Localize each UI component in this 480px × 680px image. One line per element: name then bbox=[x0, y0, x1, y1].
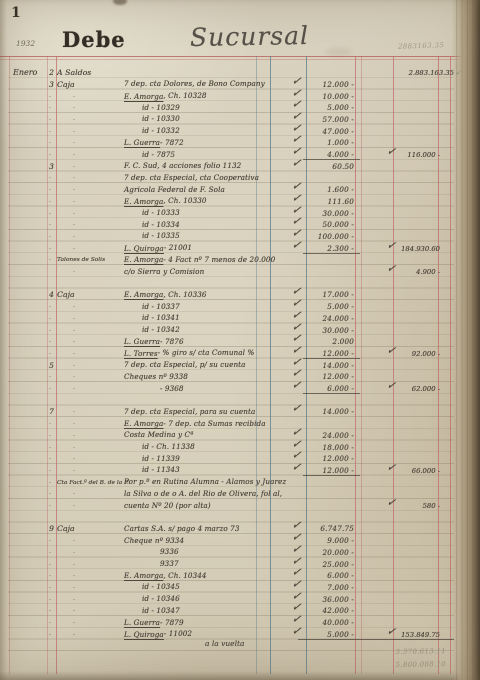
entry-description: E. Amorga - 4 Fact nº 7 menos de 20.000 bbox=[124, 255, 163, 264]
entry-description: L. Quiroga - 21001 bbox=[124, 244, 164, 253]
ditto-mark: · bbox=[49, 175, 51, 182]
entry-text: Cheque nº 9334 bbox=[124, 536, 184, 545]
account-title: Cta Fact.º del B. de la P. bbox=[57, 480, 129, 486]
carry-forward-note: a la vuelta bbox=[205, 639, 245, 648]
ditto-mark: · bbox=[73, 597, 75, 604]
ditto-mark: · bbox=[73, 211, 75, 218]
entry-description: L. Torres - % giro s/ cta Comunal % bbox=[124, 349, 158, 358]
ditto-mark: · bbox=[73, 620, 75, 627]
ditto-mark: · bbox=[49, 550, 51, 557]
ledger-row: ··id - 10346✓36.000 - bbox=[0, 593, 480, 605]
amount-value: 24.000 - bbox=[300, 314, 354, 323]
ditto-mark: · bbox=[73, 117, 75, 124]
entry-text: - 11002 bbox=[164, 629, 192, 638]
ledger-row: ··id - 7875✓4.000 -✓116.000 - bbox=[0, 148, 480, 160]
amount-value: 12.000 - bbox=[300, 454, 354, 463]
ledger-row: ··E. Amorga, Ch. 10330✓111.60 bbox=[0, 195, 480, 207]
ditto-mark: · bbox=[73, 222, 75, 229]
ditto-mark: · bbox=[49, 211, 51, 218]
ditto-mark: · bbox=[73, 94, 75, 101]
ditto-mark: · bbox=[73, 164, 75, 171]
entry-text: Costa Medina y Cª bbox=[124, 430, 194, 439]
entry-text: id - 10329 bbox=[142, 103, 180, 112]
ledger-row: ··id - 10329✓5.000 - bbox=[0, 101, 480, 113]
ledger-row: ··id - 10345✓7.000 - bbox=[0, 581, 480, 593]
entry-name: L. Torres bbox=[124, 349, 158, 358]
amount-value: 6.000 - bbox=[300, 571, 354, 580]
entry-name: E. Amorga bbox=[124, 92, 163, 101]
entry-name: L. Quiroga bbox=[124, 630, 164, 639]
total-value: 66.000 - bbox=[394, 467, 440, 475]
amount-value: 20.000 - bbox=[300, 548, 354, 557]
day-number: 7 bbox=[45, 407, 58, 416]
ditto-mark: · bbox=[73, 234, 75, 241]
ink-stain bbox=[113, 0, 127, 5]
entry-text: , Ch. 10344 bbox=[163, 571, 206, 580]
amount-value: 14.000 - bbox=[300, 361, 354, 370]
ledger-row: ··- 9368✓6.000 -✓62.000 - bbox=[0, 382, 480, 394]
ledger-row: ··7 dep. cta Especial, cta Cooperativa bbox=[0, 171, 480, 183]
total-value: 116.000 - bbox=[394, 151, 440, 159]
entry-description: E. Amorga, Ch. 10344 bbox=[124, 571, 163, 580]
ditto-mark: · bbox=[73, 316, 75, 323]
year-label: 1932 bbox=[16, 39, 35, 48]
amount-value: 36.000 - bbox=[300, 595, 354, 604]
amount-value: 111.60 bbox=[300, 197, 354, 206]
total-value: 184.930.60 bbox=[394, 245, 440, 253]
ledger-row: ··id - 11343✓12.000 -✓66.000 - bbox=[0, 464, 480, 476]
amount-value: 12.000 - bbox=[300, 466, 354, 475]
ditto-mark: · bbox=[49, 632, 51, 639]
ledger-row: ··la Silva o de o A. del Rio de Olivera,… bbox=[0, 487, 480, 499]
entry-text: 7 dep. cta Especial, p/ su cuenta bbox=[124, 360, 246, 369]
entry-text: 9337 bbox=[160, 559, 179, 568]
amount-value: 18.000 - bbox=[300, 443, 354, 452]
ledger-row: ··Cheque nº 9334✓9.000 - bbox=[0, 534, 480, 546]
entry-text: Agricola Federal de F. Sola bbox=[124, 185, 225, 194]
ledger-row: 4CajaE. Amorga, Ch. 10336✓17.000 - bbox=[0, 288, 480, 300]
ledger-row bbox=[0, 394, 480, 406]
header-rule-line-2 bbox=[0, 59, 474, 60]
page-title: Sucursal bbox=[190, 21, 310, 52]
amount-value: 5.000 - bbox=[300, 103, 354, 112]
entry-name: E. Amorga bbox=[124, 419, 163, 428]
ledger-row: ··id - 10330✓57.000 - bbox=[0, 113, 480, 125]
ditto-mark: · bbox=[49, 538, 51, 545]
ditto-mark: · bbox=[49, 105, 51, 112]
entry-text: - 7872 bbox=[160, 138, 184, 147]
amount-value: 40.000 - bbox=[300, 618, 354, 627]
ledger-row: 9CajaCartas S.A. s/ pago 4 marzo 73✓6.74… bbox=[0, 522, 480, 534]
entry-text: id - 7875 bbox=[142, 150, 175, 159]
ditto-mark: · bbox=[73, 246, 75, 253]
total-value: 153.849.75 bbox=[394, 631, 440, 639]
entry-text: id - 10332 bbox=[142, 126, 180, 135]
entry-text: Cartas S.A. s/ pago 4 marzo 73 bbox=[124, 524, 240, 533]
ditto-mark: · bbox=[49, 199, 51, 206]
ledger-row: ··id - Ch. 11338✓18.000 - bbox=[0, 440, 480, 452]
ledger-row: ··Agricola Federal de F. Sola✓1.600 - bbox=[0, 183, 480, 195]
ditto-mark: · bbox=[49, 117, 51, 124]
entry-text: 9336 bbox=[160, 547, 179, 556]
entry-name: E. Amorga bbox=[124, 290, 163, 299]
ditto-mark: · bbox=[49, 222, 51, 229]
ledger-row: ··L. Guerra - 7876✓2.000 bbox=[0, 335, 480, 347]
amount-value: 12.000 - bbox=[300, 349, 354, 358]
ledger-row: ··id - 10334✓50.000 - bbox=[0, 218, 480, 230]
ditto-mark: · bbox=[49, 620, 51, 627]
ditto-mark: · bbox=[49, 608, 51, 615]
amount-value: 12.000 - bbox=[300, 372, 354, 381]
entry-text: id - 10334 bbox=[142, 220, 180, 229]
ledger-row: ··id - 10333✓30.000 - bbox=[0, 206, 480, 218]
ditto-mark: · bbox=[73, 421, 75, 428]
entry-text: id - 10337 bbox=[142, 302, 180, 311]
ditto-mark: · bbox=[73, 129, 75, 136]
ditto-mark: · bbox=[73, 433, 75, 440]
green-tick-icon: ✓ bbox=[455, 68, 462, 77]
entry-text: - 7879 bbox=[160, 618, 184, 627]
ditto-mark: · bbox=[49, 339, 51, 346]
pencil-carryover-note: 2883163.35 bbox=[398, 41, 445, 51]
ditto-mark: · bbox=[73, 199, 75, 206]
amount-value: 25.000 - bbox=[300, 560, 354, 569]
ledger-row: ··L. Quiroga - 11002✓5.000 -✓153.849.75 bbox=[0, 628, 480, 640]
ditto-mark: · bbox=[73, 632, 75, 639]
ditto-mark: · bbox=[49, 456, 51, 463]
entry-description: E. Amorga, Ch. 10336 bbox=[124, 290, 163, 299]
ledger-row: 7·7 dep. cta Especial, para su cuenta✓14… bbox=[0, 405, 480, 417]
ledger-row: ··E. Amorga, Ch. 10328✓10.000 - bbox=[0, 89, 480, 101]
ditto-mark: · bbox=[73, 175, 75, 182]
ditto-mark: · bbox=[73, 445, 75, 452]
entry-name: E. Amorga bbox=[124, 197, 163, 206]
entry-text: la Silva o de o A. del Rio de Olivera, f… bbox=[124, 489, 282, 498]
ditto-mark: · bbox=[49, 140, 51, 147]
amount-value: 30.000 - bbox=[300, 326, 354, 335]
header-rule-line bbox=[0, 56, 474, 57]
total-value: 2.883.163.35 bbox=[400, 69, 454, 77]
ditto-mark: · bbox=[73, 187, 75, 194]
ledger-row: ··E. Amorga, Ch. 10344✓6.000 - bbox=[0, 569, 480, 581]
amount-value: 47.000 - bbox=[300, 127, 354, 136]
entry-description: E. Amorga, Ch. 10328 bbox=[124, 92, 163, 101]
entry-text: Por p.º en Rutina Alumna - Alamos y Juar… bbox=[124, 477, 286, 486]
entry-text: F. C. Sud, 4 acciones folio 1132 bbox=[124, 161, 241, 170]
ditto-mark: · bbox=[73, 339, 75, 346]
ditto-mark: · bbox=[73, 152, 75, 159]
amount-value: 1.600 - bbox=[300, 185, 354, 194]
ditto-mark: · bbox=[49, 386, 51, 393]
ledger-row: ··L. Guerra - 7872✓1.000 - bbox=[0, 136, 480, 148]
ditto-mark: · bbox=[73, 304, 75, 311]
entry-text: cuenta Nº 20 (por alta) bbox=[124, 501, 211, 510]
ditto-mark: · bbox=[49, 585, 51, 592]
entry-text: 7 dep. cta Dolores, de Bono Company bbox=[124, 79, 265, 88]
page-edge-bottom bbox=[0, 671, 480, 680]
amount-value: 100.000 - bbox=[300, 232, 354, 241]
pencil-total-1: 3.370.613.11 bbox=[352, 647, 446, 657]
ditto-mark: · bbox=[49, 234, 51, 241]
ditto-mark: · bbox=[49, 94, 51, 101]
account-title: Caja bbox=[57, 290, 75, 299]
entry-text: - 4 Fact nº 7 menos de 20.000 bbox=[163, 255, 275, 264]
ledger-row bbox=[0, 277, 480, 289]
account-title: A Saldos bbox=[57, 68, 91, 77]
ledger-row: ··L. Torres - % giro s/ cta Comunal %✓12… bbox=[0, 347, 480, 359]
ditto-mark: · bbox=[49, 445, 51, 452]
account-title: Caja bbox=[57, 80, 75, 89]
ditto-mark: · bbox=[73, 608, 75, 615]
entry-name: L. Quiroga bbox=[124, 244, 164, 253]
grand-total-rule-line bbox=[298, 639, 454, 640]
entry-text: Cheques nº 9338 bbox=[124, 372, 188, 381]
ditto-mark: · bbox=[49, 597, 51, 604]
entry-name: L. Guerra bbox=[124, 618, 160, 627]
paper-stain bbox=[326, 48, 352, 56]
ledger-row: ·Talones de SolisE. Amorga - 4 Fact nº 7… bbox=[0, 253, 480, 265]
entry-name: L. Guerra bbox=[124, 138, 160, 147]
month-label: Enero bbox=[13, 68, 37, 77]
ledger-row bbox=[0, 511, 480, 523]
ditto-mark: · bbox=[73, 363, 75, 370]
ditto-mark: · bbox=[73, 585, 75, 592]
amount-value: 2.300 - bbox=[300, 244, 354, 253]
entry-text: 7 dep. cta Especial, para su cuenta bbox=[124, 407, 255, 416]
entry-text: - 7 dep. cta Sumas recibida bbox=[163, 419, 265, 428]
ledger-row: ··Cheques nº 9338✓12.000 - bbox=[0, 370, 480, 382]
ditto-mark: · bbox=[49, 468, 51, 475]
entry-description: E. Amorga - 7 dep. cta Sumas recibida bbox=[124, 419, 163, 428]
total-value: 62.000 - bbox=[394, 385, 440, 393]
entry-text: id - 11343 bbox=[142, 465, 180, 474]
ledger-row: ··9337✓25.000 - bbox=[0, 557, 480, 569]
ditto-mark: · bbox=[49, 351, 51, 358]
entry-text: - % giro s/ cta Comunal % bbox=[158, 348, 255, 357]
page-number: 1 bbox=[11, 5, 21, 21]
ledger-row: ··id - 10332✓47.000 - bbox=[0, 125, 480, 137]
ditto-mark: · bbox=[49, 421, 51, 428]
entry-description: L. Quiroga - 11002 bbox=[124, 630, 164, 639]
pencil-total-2: 5.800.088.10 bbox=[352, 660, 446, 670]
account-title: Caja bbox=[57, 524, 75, 533]
total-value: 92.000 - bbox=[394, 350, 440, 358]
ditto-mark: · bbox=[49, 152, 51, 159]
entry-text: , Ch. 10330 bbox=[163, 196, 206, 205]
entry-text: , Ch. 10336 bbox=[163, 290, 206, 299]
entry-text: id - 10333 bbox=[142, 208, 180, 217]
amount-value: 7.000 - bbox=[300, 583, 354, 592]
ditto-mark: · bbox=[73, 562, 75, 569]
amount-value: 4.000 - bbox=[300, 150, 354, 159]
ledger-row: ··id - 10335✓100.000 - bbox=[0, 230, 480, 242]
ditto-mark: · bbox=[73, 573, 75, 580]
ditto-mark: · bbox=[49, 374, 51, 381]
debit-header-label: Debe bbox=[62, 27, 126, 52]
entry-name: L. Guerra bbox=[124, 337, 160, 346]
amount-value: 9.000 - bbox=[300, 536, 354, 545]
ditto-mark: · bbox=[73, 105, 75, 112]
amount-value: 6.000 - bbox=[300, 384, 354, 393]
ditto-mark: · bbox=[49, 304, 51, 311]
ledger-row: ··id - 10341✓24.000 - bbox=[0, 312, 480, 324]
ditto-mark: · bbox=[73, 456, 75, 463]
entry-text: - 9368 bbox=[160, 384, 184, 393]
amount-value: 5.000 - bbox=[300, 630, 354, 639]
ditto-mark: · bbox=[73, 140, 75, 147]
ledger-row: ··L. Quiroga - 21001✓2.300 -✓184.930.60 bbox=[0, 242, 480, 254]
ledger-row: Enero2A Saldos2.883.163.35✓ bbox=[0, 66, 480, 78]
entry-text: id - 10346 bbox=[142, 594, 180, 603]
ditto-mark: · bbox=[49, 316, 51, 323]
entry-text: , Ch. 10328 bbox=[163, 91, 206, 100]
account-title: Talones de Solis bbox=[57, 257, 105, 263]
ledger-row: ··E. Amorga - 7 dep. cta Sumas recibida bbox=[0, 417, 480, 429]
ledger-row: ··Costa Medina y Cª✓24.000 - bbox=[0, 429, 480, 441]
ditto-mark: · bbox=[73, 386, 75, 393]
amount-value: 42.000 - bbox=[300, 606, 354, 615]
ledger-row: ··id - 10337✓5.000 - bbox=[0, 300, 480, 312]
amount-value: 50.000 - bbox=[300, 220, 354, 229]
entry-description: L. Guerra - 7876 bbox=[124, 337, 160, 346]
amount-value: 30.000 - bbox=[300, 209, 354, 218]
entry-text: 7 dep. cta Especial, cta Cooperativa bbox=[124, 173, 259, 182]
amount-value: 1.000 - bbox=[300, 138, 354, 147]
ditto-mark: · bbox=[49, 328, 51, 335]
ditto-mark: · bbox=[73, 351, 75, 358]
entry-text: id - Ch. 11338 bbox=[142, 442, 195, 451]
ditto-mark: · bbox=[49, 480, 51, 487]
ledger-row: ··id - 10347✓42.000 - bbox=[0, 604, 480, 616]
ditto-mark: · bbox=[49, 433, 51, 440]
entry-text: - 7876 bbox=[160, 337, 184, 346]
amount-value: 6.747.75 bbox=[300, 524, 354, 533]
entry-text: - 21001 bbox=[164, 243, 192, 252]
day-number: 5 bbox=[45, 361, 58, 370]
entry-text: id - 11339 bbox=[142, 454, 180, 463]
ditto-mark: · bbox=[49, 129, 51, 136]
ditto-mark: · bbox=[73, 269, 75, 276]
entry-description: E. Amorga, Ch. 10330 bbox=[124, 197, 163, 206]
ditto-mark: · bbox=[49, 257, 51, 264]
entry-text: id - 10347 bbox=[142, 606, 180, 615]
entry-text: id - 10341 bbox=[142, 313, 180, 322]
entry-text: id - 10335 bbox=[142, 231, 180, 240]
ditto-mark: · bbox=[73, 409, 75, 416]
ledger-row: ·c/o Sierra y Comision✓4.900 - bbox=[0, 265, 480, 277]
ditto-mark: · bbox=[49, 503, 51, 510]
amount-value: 14.000 - bbox=[300, 407, 354, 416]
amount-value: 12.000 - bbox=[300, 80, 354, 89]
ditto-mark: · bbox=[49, 573, 51, 580]
amount-value: 17.000 - bbox=[300, 290, 354, 299]
entry-name: E. Amorga bbox=[124, 571, 163, 580]
ledger-row: ··cuenta Nº 20 (por alta)✓580 - bbox=[0, 499, 480, 511]
amount-value: 57.000 - bbox=[300, 115, 354, 124]
ledger-row: ··L. Guerra - 7879✓40.000 - bbox=[0, 616, 480, 628]
ledger-row: 5·7 dep. cta Especial, p/ su cuenta✓14.0… bbox=[0, 359, 480, 371]
ditto-mark: · bbox=[73, 374, 75, 381]
ditto-mark: · bbox=[49, 562, 51, 569]
ditto-mark: · bbox=[73, 491, 75, 498]
amount-value: 5.000 - bbox=[300, 302, 354, 311]
ledger-row: ··id - 11339✓12.000 - bbox=[0, 452, 480, 464]
day-number: 3 bbox=[45, 162, 58, 171]
amount-value: 60.50 bbox=[300, 162, 354, 171]
ledger-row: 3·F. C. Sud, 4 acciones folio 1132✓60.50 bbox=[0, 160, 480, 172]
amount-value: 10.000 - bbox=[300, 92, 354, 101]
amount-value: 24.000 - bbox=[300, 431, 354, 440]
ditto-mark: · bbox=[73, 550, 75, 557]
entry-description: L. Guerra - 7879 bbox=[124, 618, 160, 627]
ledger-row: ·Cta Fact.º del B. de la P.Por p.º en Ru… bbox=[0, 476, 480, 488]
entry-text: id - 10345 bbox=[142, 582, 180, 591]
total-value: 4.900 - bbox=[394, 268, 440, 276]
ditto-mark: · bbox=[73, 503, 75, 510]
ditto-mark: · bbox=[73, 328, 75, 335]
ditto-mark: · bbox=[73, 468, 75, 475]
entry-description: L. Guerra - 7872 bbox=[124, 138, 160, 147]
entry-text: id - 10330 bbox=[142, 114, 180, 123]
ledger-row: 3Caja7 dep. cta Dolores, de Bono Company… bbox=[0, 78, 480, 90]
ditto-mark: · bbox=[49, 246, 51, 253]
ledger-row: ··9336✓20.000 - bbox=[0, 546, 480, 558]
entry-text: c/o Sierra y Comision bbox=[124, 267, 204, 276]
ledger-page: 1 Debe Sucursal 1932 2883163.35 Enero2A … bbox=[0, 0, 480, 680]
ditto-mark: · bbox=[49, 187, 51, 194]
ditto-mark: · bbox=[73, 538, 75, 545]
ledger-row: ··id - 10342✓30.000 - bbox=[0, 323, 480, 335]
ditto-mark: · bbox=[49, 491, 51, 498]
entry-name: E. Amorga bbox=[124, 255, 163, 264]
total-value: 580 - bbox=[394, 502, 440, 510]
amount-value: 2.000 bbox=[300, 337, 354, 346]
entry-text: id - 10342 bbox=[142, 325, 180, 334]
